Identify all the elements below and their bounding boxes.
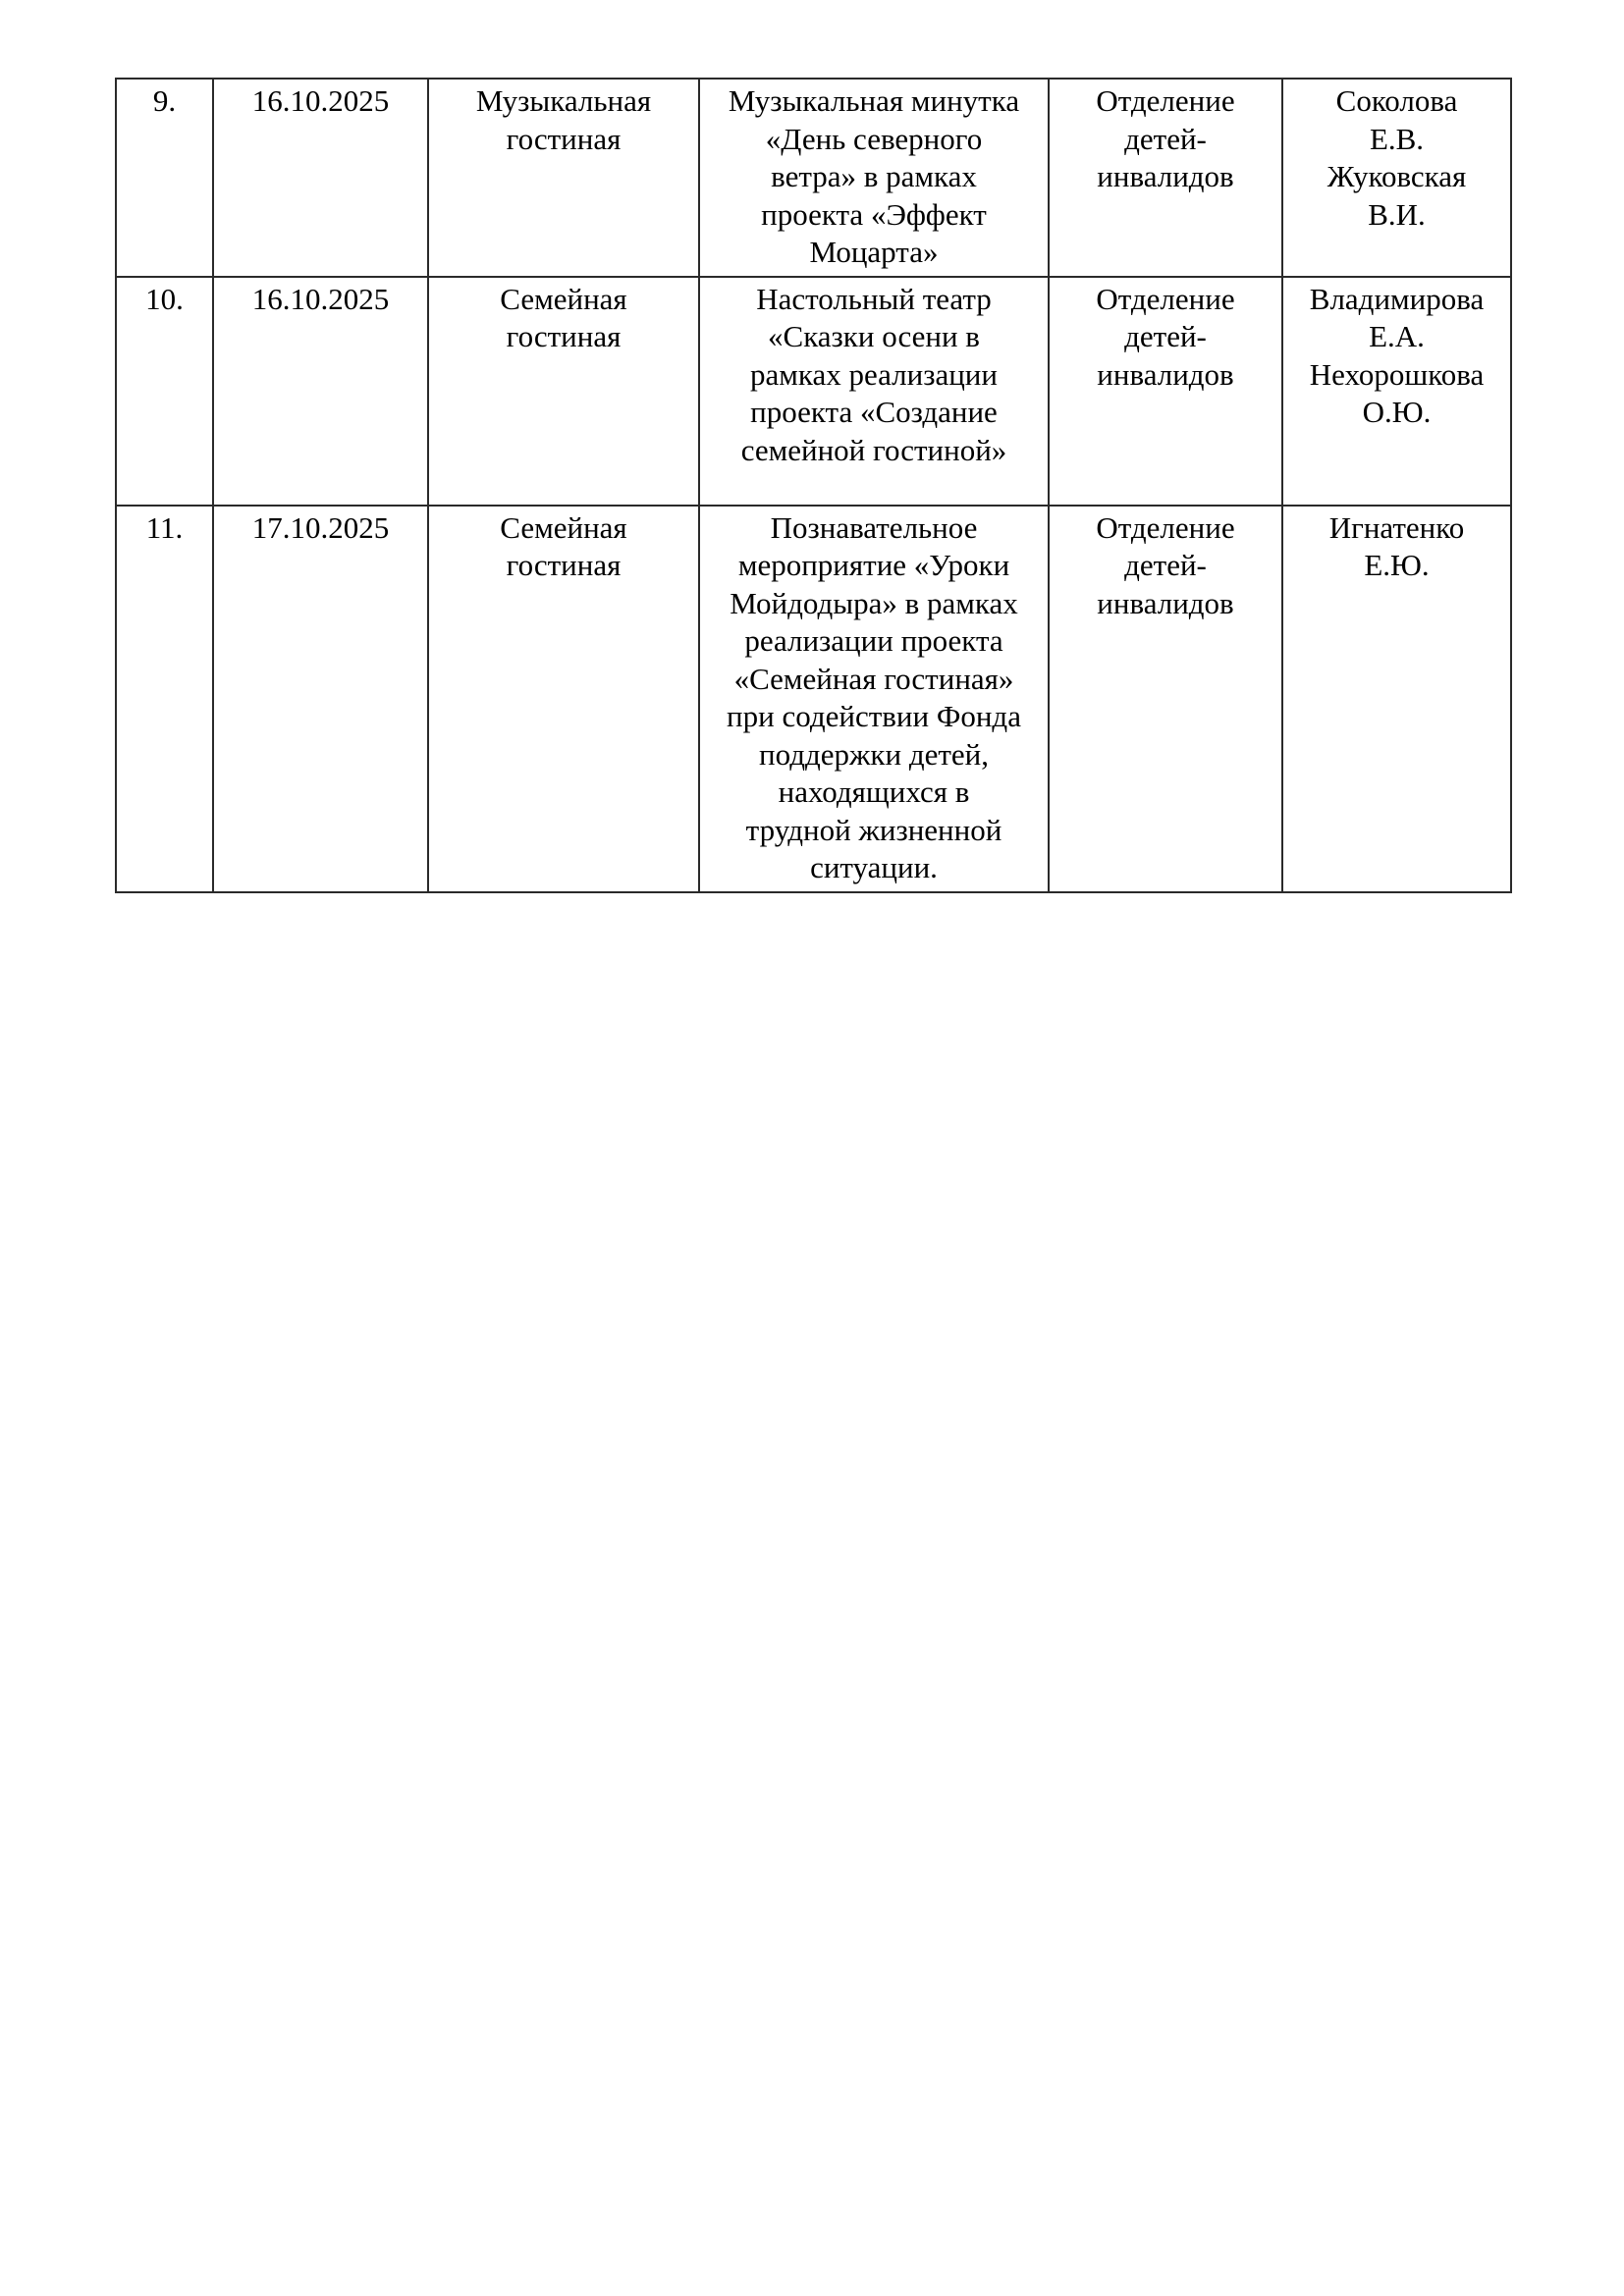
- cell-text-line: Соколова: [1289, 82, 1504, 121]
- cell-text-line: проекта «Создание: [706, 394, 1042, 432]
- cell-text-line: поддержки детей,: [706, 736, 1042, 774]
- responsible-persons-cell: ИгнатенкоЕ.Ю.: [1282, 506, 1511, 892]
- venue-cell: Музыкальнаягостиная: [428, 79, 699, 277]
- cell-text-line: гостиная: [435, 547, 692, 585]
- cell-text-line: ситуации.: [706, 849, 1042, 887]
- cell-text-line: детей-: [1056, 121, 1275, 159]
- cell-text-line: Музыкальная минутка: [706, 82, 1042, 121]
- cell-text-line: Семейная: [435, 509, 692, 548]
- cell-text-line: Моцарта»: [706, 234, 1042, 272]
- cell-text-line: Нехорошкова: [1289, 356, 1504, 395]
- department-cell: Отделениедетей-инвалидов: [1049, 506, 1282, 892]
- venue-cell: Семейнаягостиная: [428, 277, 699, 506]
- cell-text-line: ветра» в рамках: [706, 158, 1042, 196]
- cell-text-line: Семейная: [435, 281, 692, 319]
- cell-text-line: О.Ю.: [1289, 394, 1504, 432]
- cell-text-line: находящихся в: [706, 774, 1042, 812]
- event-description-cell: Музыкальная минутка«День северноговетра»…: [699, 79, 1049, 277]
- cell-text-line: «Семейная гостиная»: [706, 661, 1042, 699]
- cell-text-line: Е.Ю.: [1289, 547, 1504, 585]
- cell-text-line: реализации проекта: [706, 622, 1042, 661]
- event-description-cell: Настольный театр«Сказки осени врамках ре…: [699, 277, 1049, 506]
- cell-text-line: Отделение: [1056, 509, 1275, 548]
- cell-text-line: Музыкальная: [435, 82, 692, 121]
- responsible-persons-cell: ВладимироваЕ.А.НехорошковаО.Ю.: [1282, 277, 1511, 506]
- cell-text-line: детей-: [1056, 547, 1275, 585]
- cell-text-line: гостиная: [435, 121, 692, 159]
- row-number-cell: 11.: [116, 506, 213, 892]
- cell-text-line: при содействии Фонда: [706, 698, 1042, 736]
- cell-text-line: Познавательное: [706, 509, 1042, 548]
- cell-text-line: семейной гостиной»: [706, 432, 1042, 470]
- date-cell: 16.10.2025: [213, 79, 428, 277]
- table-row: 10.16.10.2025СемейнаягостинаяНастольный …: [116, 277, 1511, 506]
- cell-text-line: Отделение: [1056, 281, 1275, 319]
- date-cell: 17.10.2025: [213, 506, 428, 892]
- table-row: 11.17.10.2025СемейнаягостинаяПознаватель…: [116, 506, 1511, 892]
- cell-text-line: гостиная: [435, 318, 692, 356]
- cell-text-line: «Сказки осени в: [706, 318, 1042, 356]
- cell-text-line: инвалидов: [1056, 585, 1275, 623]
- cell-text-line: Игнатенко: [1289, 509, 1504, 548]
- cell-text-line: детей-: [1056, 318, 1275, 356]
- cell-text-line: мероприятие «Уроки: [706, 547, 1042, 585]
- cell-text-line: Владимирова: [1289, 281, 1504, 319]
- cell-text-line: рамках реализации: [706, 356, 1042, 395]
- cell-text-line: «День северного: [706, 121, 1042, 159]
- cell-text-line: трудной жизненной: [706, 812, 1042, 850]
- event-description-cell: Познавательноемероприятие «УрокиМойдодыр…: [699, 506, 1049, 892]
- department-cell: Отделениедетей-инвалидов: [1049, 79, 1282, 277]
- cell-text-line: инвалидов: [1056, 356, 1275, 395]
- date-cell: 16.10.2025: [213, 277, 428, 506]
- row-number-cell: 9.: [116, 79, 213, 277]
- venue-cell: Семейнаягостиная: [428, 506, 699, 892]
- document-page: 9.16.10.2025МузыкальнаягостинаяМузыкальн…: [0, 0, 1624, 2296]
- row-number-cell: 10.: [116, 277, 213, 506]
- cell-text-line: Отделение: [1056, 82, 1275, 121]
- cell-text-line: Мойдодыра» в рамках: [706, 585, 1042, 623]
- cell-text-line: Настольный театр: [706, 281, 1042, 319]
- cell-text-line: Жуковская: [1289, 158, 1504, 196]
- table-row: 9.16.10.2025МузыкальнаягостинаяМузыкальн…: [116, 79, 1511, 277]
- events-schedule-table: 9.16.10.2025МузыкальнаягостинаяМузыкальн…: [115, 78, 1512, 893]
- cell-text-line: проекта «Эффект: [706, 196, 1042, 235]
- cell-text-line: Е.А.: [1289, 318, 1504, 356]
- cell-text-line: инвалидов: [1056, 158, 1275, 196]
- cell-text-line: В.И.: [1289, 196, 1504, 235]
- department-cell: Отделениедетей-инвалидов: [1049, 277, 1282, 506]
- cell-text-line: Е.В.: [1289, 121, 1504, 159]
- responsible-persons-cell: СоколоваЕ.В.ЖуковскаяВ.И.: [1282, 79, 1511, 277]
